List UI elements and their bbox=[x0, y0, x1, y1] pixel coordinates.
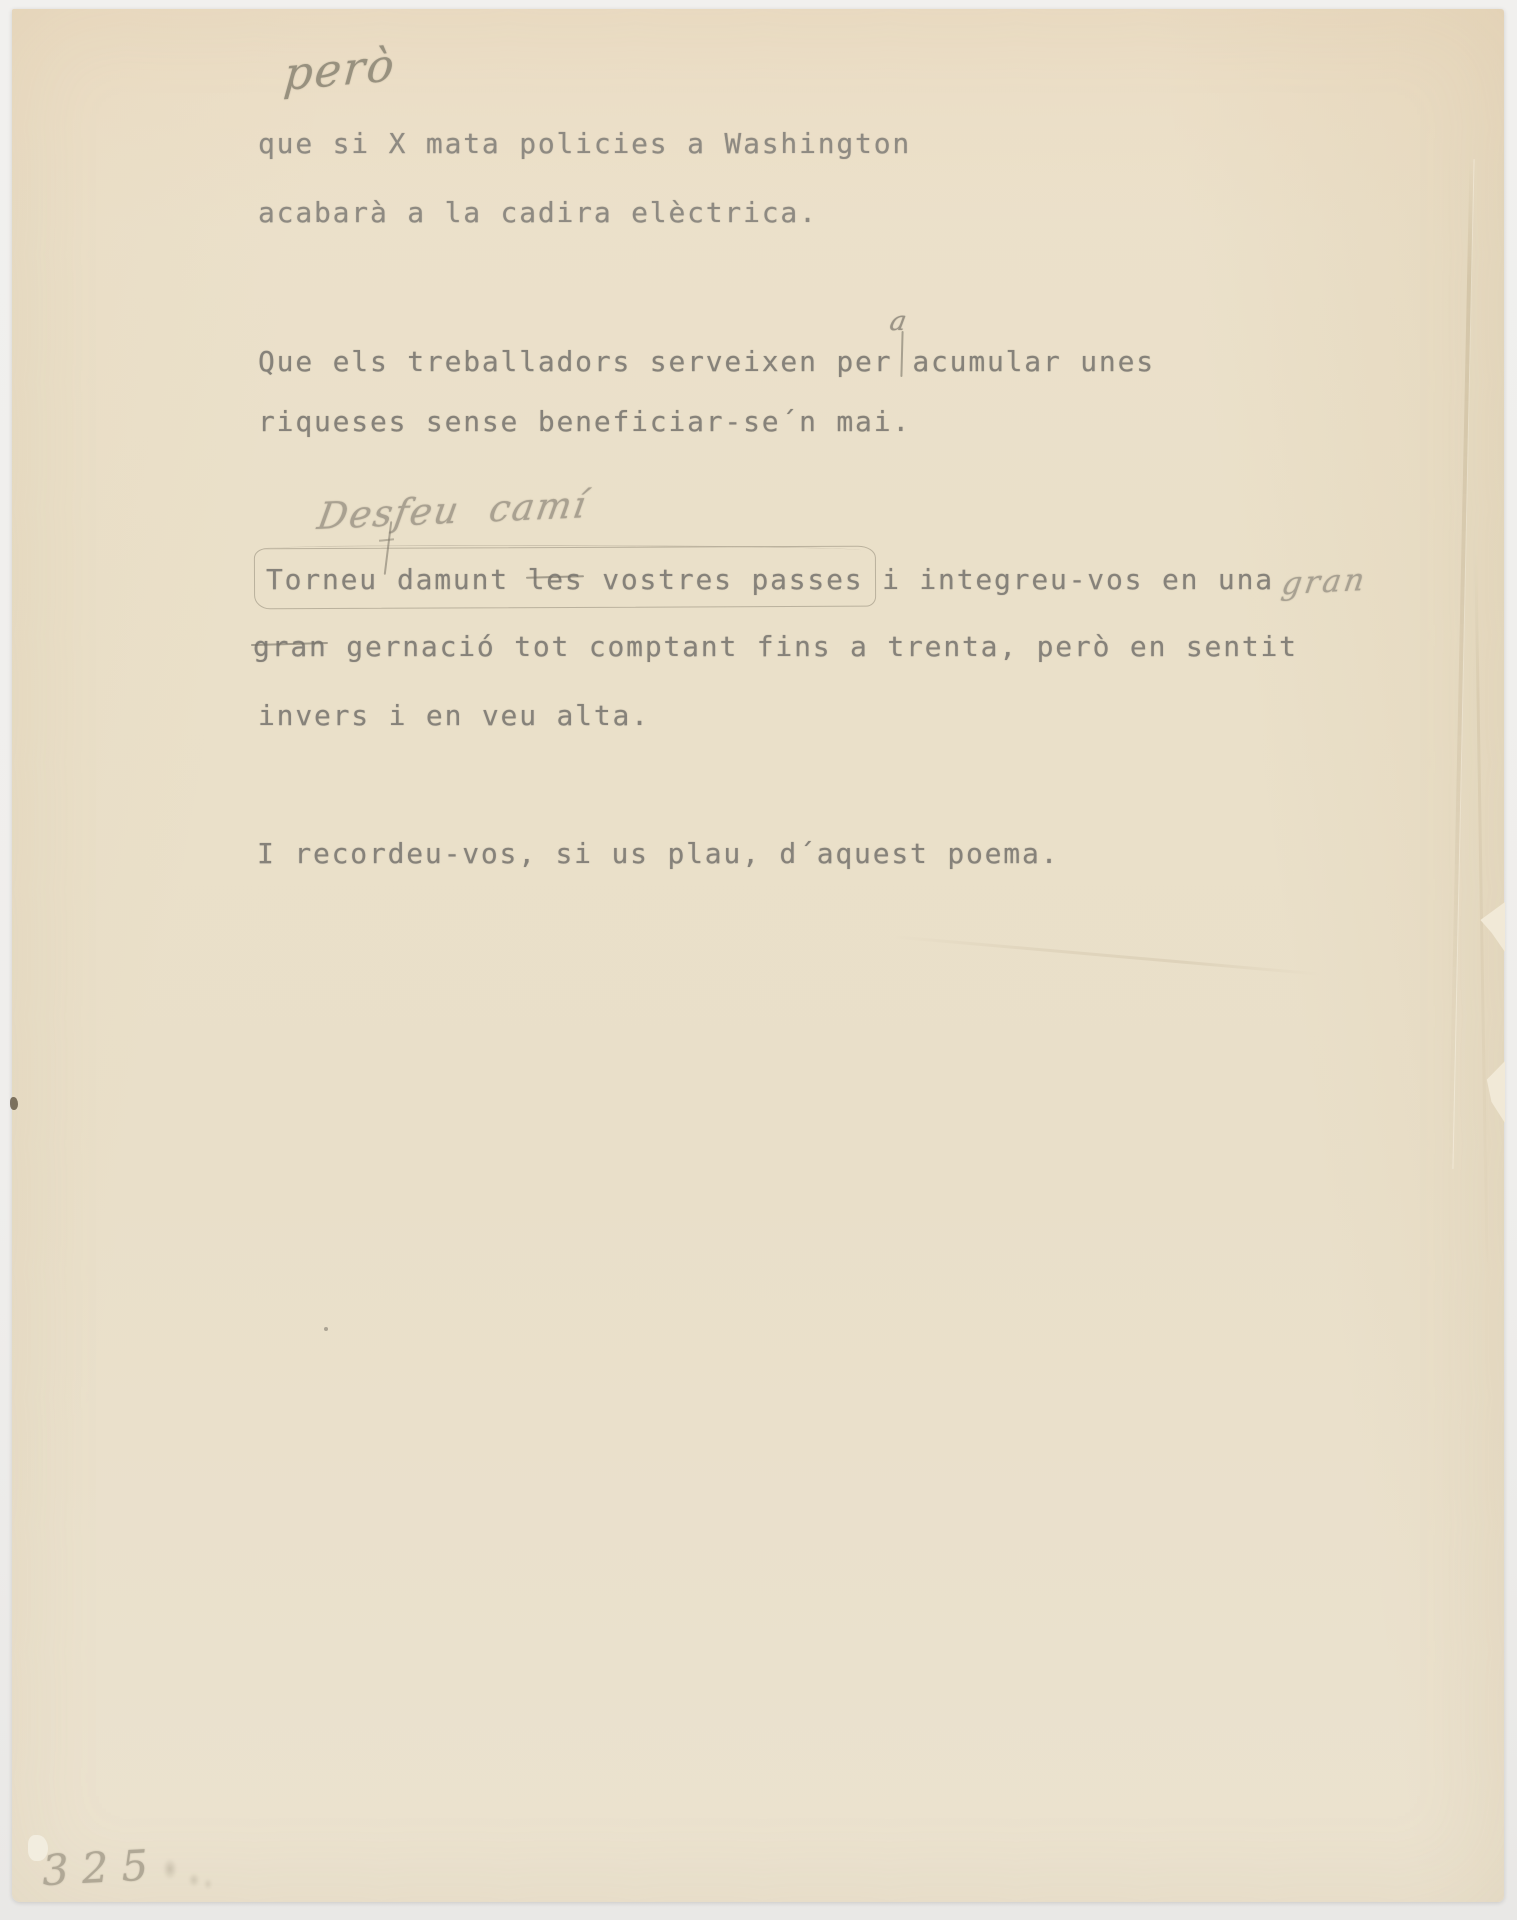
typed-line-6: gran gernació tot comptant fins a trenta… bbox=[253, 630, 1298, 664]
scan-background: però que si X mata policies a Washington… bbox=[0, 0, 1517, 1920]
pencil-smudge bbox=[158, 1853, 216, 1897]
line5-rest: i integreu-vos en una bbox=[863, 563, 1273, 596]
paper-dot bbox=[324, 1327, 328, 1331]
typed-line-2: acabarà a la cadira elèctrica. bbox=[258, 196, 818, 230]
typed-line-5: Torneudamunt les vostres passes i integr… bbox=[266, 559, 1367, 597]
pencil-caret-mark bbox=[378, 559, 397, 589]
pencil-insertion-mark: a bbox=[892, 337, 912, 371]
typed-line-4: riqueses sense beneficiar-se´n mai. bbox=[258, 405, 911, 439]
paper-edge-speck bbox=[10, 1097, 18, 1110]
handwritten-page-number: 325 bbox=[41, 1840, 163, 1895]
handwritten-gran: gran bbox=[1279, 563, 1369, 602]
handwritten-note-desfeu-cami: Desfeu camí bbox=[315, 483, 591, 538]
line3-before-insert: Que els treballadors serveixen per bbox=[258, 345, 892, 378]
paper-chip bbox=[28, 1835, 48, 1861]
line3-after-insert: acumular unes bbox=[912, 345, 1155, 378]
struck-word-les: les bbox=[528, 563, 584, 597]
struck-word-gran: gran bbox=[253, 630, 328, 664]
words-vostres-passes: vostres passes bbox=[584, 563, 864, 596]
paper-crease-diagonal bbox=[893, 935, 1322, 975]
typed-line-8: I recordeu-vos, si us plau, d´aquest poe… bbox=[257, 837, 1059, 871]
word-torneu: Torneu bbox=[266, 563, 378, 596]
typed-line-1: que si X mata policies a Washington bbox=[258, 127, 911, 161]
typed-line-7: invers i en veu alta. bbox=[258, 699, 650, 733]
handwritten-note-pero: però bbox=[282, 38, 398, 101]
line6-rest: gernació tot comptant fins a trenta, per… bbox=[328, 630, 1298, 663]
typed-line-3: Que els treballadors serveixen peraacumu… bbox=[258, 337, 1155, 379]
word-damunt: damunt bbox=[397, 563, 528, 596]
manuscript-page: però que si X mata policies a Washington… bbox=[12, 9, 1504, 1902]
paper-crease-vertical bbox=[1448, 159, 1474, 1169]
handwritten-insertion-a: a bbox=[887, 305, 911, 339]
